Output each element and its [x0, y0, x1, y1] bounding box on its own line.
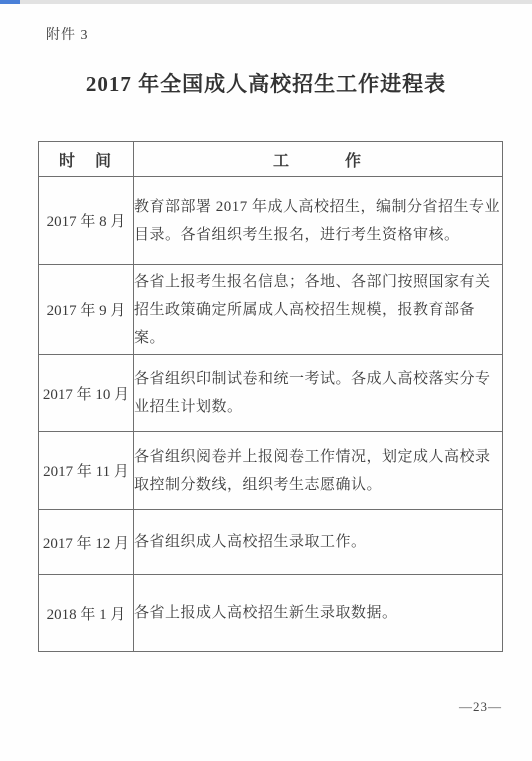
document-page: 附件 3 2017 年全国成人高校招生工作进程表 时 间 工 作 2017 年 …	[0, 0, 532, 761]
time-cell: 2017 年 8 月	[39, 177, 134, 265]
time-cell: 2017 年 12 月	[39, 510, 134, 575]
table-row: 2018 年 1 月 各省上报成人高校招生新生录取数据。	[39, 575, 503, 652]
time-cell: 2017 年 11 月	[39, 432, 134, 510]
progress-bar-fill	[0, 0, 20, 4]
page-title: 2017 年全国成人高校招生工作进程表	[0, 68, 532, 98]
work-cell: 各省组织成人高校招生录取工作。	[134, 510, 503, 575]
schedule-table: 时 间 工 作 2017 年 8 月 教育部部署 2017 年成人高校招生，编制…	[38, 141, 503, 652]
work-cell: 各省组织印制试卷和统一考试。各成人高校落实分专业招生计划数。	[134, 355, 503, 432]
time-cell: 2017 年 9 月	[39, 265, 134, 355]
table-row: 2017 年 9 月 各省上报考生报名信息；各地、各部门按照国家有关招生政策确定…	[39, 265, 503, 355]
table-row: 2017 年 11 月 各省组织阅卷并上报阅卷工作情况，划定成人高校录取控制分数…	[39, 432, 503, 510]
table-header-row: 时 间 工 作	[39, 142, 503, 177]
progress-bar-track	[0, 0, 532, 4]
work-cell: 教育部部署 2017 年成人高校招生，编制分省招生专业目录。各省组织考生报名，进…	[134, 177, 503, 265]
page-number: —23—	[459, 699, 502, 715]
table-row: 2017 年 8 月 教育部部署 2017 年成人高校招生，编制分省招生专业目录…	[39, 177, 503, 265]
table-row: 2017 年 12 月 各省组织成人高校招生录取工作。	[39, 510, 503, 575]
time-cell: 2017 年 10 月	[39, 355, 134, 432]
table-row: 2017 年 10 月 各省组织印制试卷和统一考试。各成人高校落实分专业招生计划…	[39, 355, 503, 432]
time-cell: 2018 年 1 月	[39, 575, 134, 652]
work-cell: 各省组织阅卷并上报阅卷工作情况，划定成人高校录取控制分数线，组织考生志愿确认。	[134, 432, 503, 510]
column-header-work: 工 作	[134, 142, 503, 177]
column-header-time: 时 间	[39, 142, 134, 177]
attachment-label: 附件 3	[46, 24, 89, 44]
work-cell: 各省上报成人高校招生新生录取数据。	[134, 575, 503, 652]
work-cell: 各省上报考生报名信息；各地、各部门按照国家有关招生政策确定所属成人高校招生规模，…	[134, 265, 503, 355]
